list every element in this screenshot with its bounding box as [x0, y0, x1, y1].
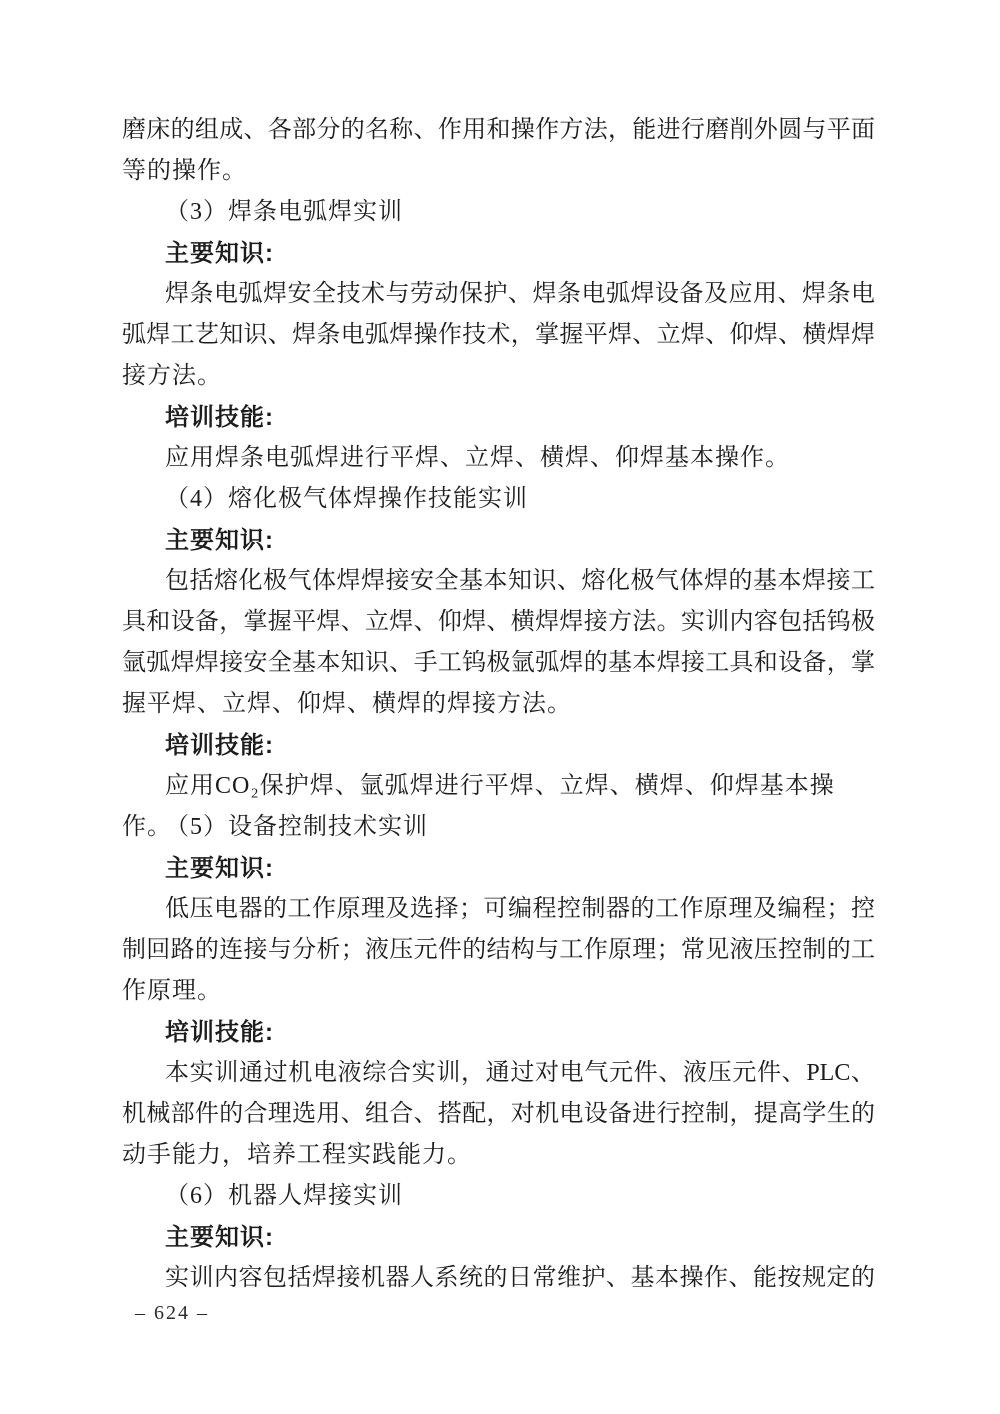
text-line: 接方法。: [122, 356, 875, 397]
text-line: 弧焊工艺知识、焊条电弧焊操作技术，掌握平焊、立焊、仰焊、横焊焊: [122, 315, 875, 356]
text-line: 本实训通过机电液综合实训，通过对电气元件、液压元件、PLC、: [122, 1053, 875, 1094]
text-line: 焊条电弧焊安全技术与劳动保护、焊条电弧焊设备及应用、焊条电: [122, 274, 875, 315]
document-page: 磨床的组成、各部分的名称、作用和操作方法，能进行磨削外圆与平面等的操作。（3）焊…: [0, 0, 1000, 1414]
text-line: 培训技能:: [122, 397, 875, 438]
page-number: – 624 –: [135, 1300, 209, 1326]
text-line: 主要知识:: [122, 848, 875, 889]
text-line: 包括熔化极气体焊焊接安全基本知识、熔化极气体焊的基本焊接工: [122, 561, 875, 602]
text-line: 主要知识:: [122, 1217, 875, 1258]
text-line: 主要知识:: [122, 520, 875, 561]
text-line: （6）机器人焊接实训: [122, 1176, 875, 1217]
text-line: 应用CO₂保护焊、氩弧焊进行平焊、立焊、横焊、仰焊基本操作。: [122, 766, 875, 807]
document-body: 磨床的组成、各部分的名称、作用和操作方法，能进行磨削外圆与平面等的操作。（3）焊…: [122, 110, 875, 1299]
text-line: 机械部件的合理选用、组合、搭配，对机电设备进行控制，提高学生的: [122, 1094, 875, 1135]
text-line: 应用焊条电弧焊进行平焊、立焊、横焊、仰焊基本操作。: [122, 438, 875, 479]
text-line: 等的操作。: [122, 151, 875, 192]
text-line: 作原理。: [122, 971, 875, 1012]
text-line: 具和设备，掌握平焊、立焊、仰焊、横焊焊接方法。实训内容包括钨极: [122, 602, 875, 643]
text-line: 低压电器的工作原理及选择；可编程控制器的工作原理及编程；控: [122, 889, 875, 930]
text-line: （4）熔化极气体焊操作技能实训: [122, 479, 875, 520]
text-line: 动手能力，培养工程实践能力。: [122, 1135, 875, 1176]
text-line: 主要知识:: [122, 233, 875, 274]
text-line: 实训内容包括焊接机器人系统的日常维护、基本操作、能按规定的: [122, 1258, 875, 1299]
text-line: 培训技能:: [122, 1012, 875, 1053]
text-line: 氩弧焊焊接安全基本知识、手工钨极氩弧焊的基本焊接工具和设备，掌: [122, 643, 875, 684]
text-line: 握平焊、立焊、仰焊、横焊的焊接方法。: [122, 684, 875, 725]
text-line: 制回路的连接与分析；液压元件的结构与工作原理；常见液压控制的工: [122, 930, 875, 971]
text-line: 磨床的组成、各部分的名称、作用和操作方法，能进行磨削外圆与平面: [122, 110, 875, 151]
text-line: （5）设备控制技术实训: [122, 807, 875, 848]
text-line: 培训技能:: [122, 725, 875, 766]
text-line: （3）焊条电弧焊实训: [122, 192, 875, 233]
